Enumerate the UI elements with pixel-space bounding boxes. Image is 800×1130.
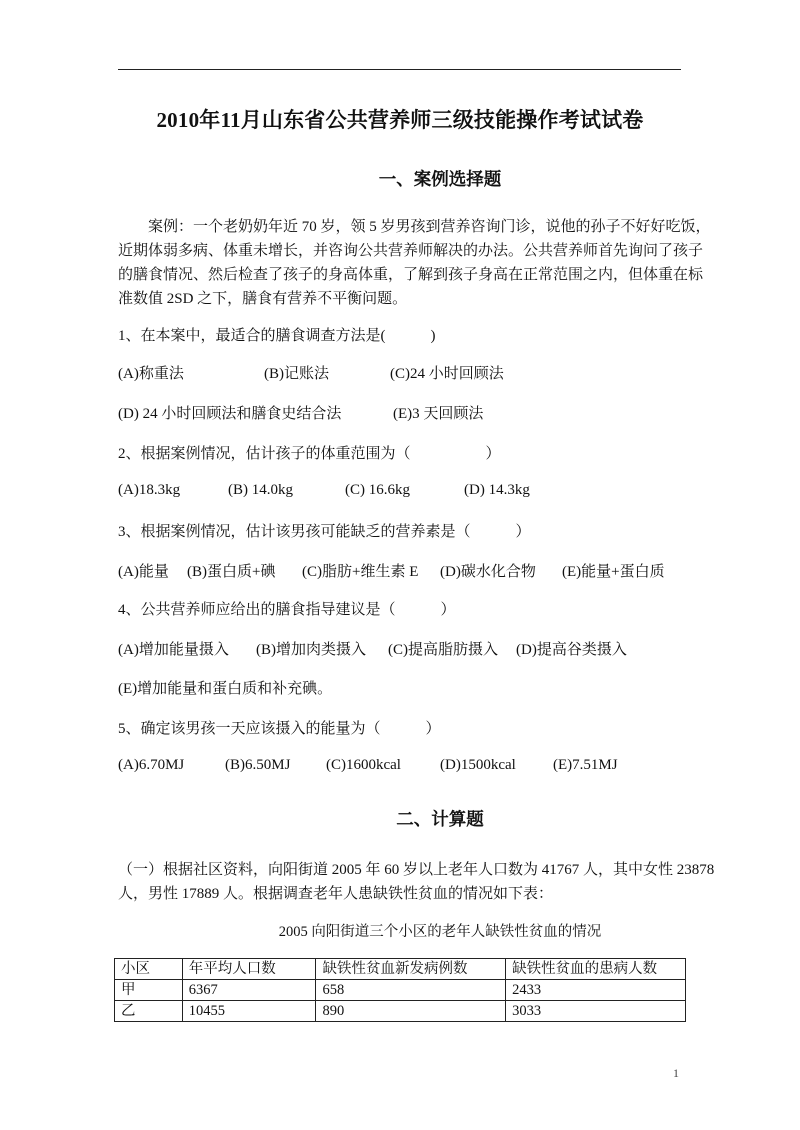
question-4: 4、公共营养师应给出的膳食指导建议是（ ）: [118, 598, 456, 619]
q3-option-c: (C)脂肪+维生素 E: [302, 560, 418, 581]
section1-heading: 一、案例选择题: [0, 166, 800, 191]
section2-heading: 二、计算题: [0, 806, 800, 831]
q5-option-a: (A)6.70MJ: [118, 757, 184, 774]
case-line: 近期体弱多病、体重未增长，并咨询公共营养师解决的办法。公共营养师首先询问了孩子: [118, 239, 703, 260]
table-cell: 3033: [506, 1001, 686, 1022]
question-2: 2、根据案例情况，估计孩子的体重范围为（ ）: [118, 442, 501, 463]
case-line: 案例：一个老奶奶年近 70 岁，领 5 岁男孩到营养咨询门诊，说他的孙子不好好吃…: [118, 215, 711, 236]
q4-option-d: (D)提高谷类摄入: [516, 638, 627, 659]
q2-option-b: (B) 14.0kg: [228, 482, 293, 499]
document-title: 2010年11月山东省公共营养师三级技能操作考试试卷: [0, 104, 800, 134]
q3-option-a: (A)能量: [118, 560, 169, 581]
intro-line: （一）根据社区资料，向阳街道 2005 年 60 岁以上老年人口数为 41767…: [118, 858, 714, 879]
q1-option-b: (B)记账法: [264, 362, 329, 383]
anemia-table: 小区 年平均人口数 缺铁性贫血新发病例数 缺铁性贫血的患病人数 甲 6367 6…: [114, 958, 686, 1022]
table-cell: 乙: [115, 1001, 183, 1022]
header-rule: [118, 69, 681, 70]
table-header-row: 小区 年平均人口数 缺铁性贫血新发病例数 缺铁性贫血的患病人数: [115, 959, 686, 980]
q1-option-e: (E)3 天回顾法: [393, 402, 483, 423]
q4-option-e: (E)增加能量和蛋白质和补充碘。: [118, 677, 332, 698]
case-line: 的膳食情况、然后检查了孩子的身高体重，了解到孩子身高在正常范围之内，但体重在标: [118, 263, 703, 284]
q2-option-a: (A)18.3kg: [118, 482, 180, 499]
q4-option-c: (C)提高脂肪摄入: [388, 638, 498, 659]
q1-option-a: (A)称重法: [118, 362, 184, 383]
page-number: 1: [673, 1066, 679, 1081]
q4-option-a: (A)增加能量摄入: [118, 638, 229, 659]
table-cell: 甲: [115, 980, 183, 1001]
header-cell: 年平均人口数: [182, 959, 316, 980]
header-cell: 缺铁性贫血的患病人数: [506, 959, 686, 980]
table-cell: 6367: [182, 980, 316, 1001]
header-cell: 缺铁性贫血新发病例数: [316, 959, 506, 980]
table-cell: 658: [316, 980, 506, 1001]
header-cell: 小区: [115, 959, 183, 980]
question-3: 3、根据案例情况，估计该男孩可能缺乏的营养素是（ ）: [118, 520, 531, 541]
question-1: 1、在本案中，最适合的膳食调查方法是( ): [118, 324, 436, 345]
q5-option-b: (B)6.50MJ: [225, 757, 290, 774]
table-row: 乙 10455 890 3033: [115, 1001, 686, 1022]
table-caption: 2005 向阳街道三个小区的老年人缺铁性贫血的情况: [0, 920, 800, 941]
q2-option-c: (C) 16.6kg: [345, 482, 410, 499]
intro-line: 人，男性 17889 人。根据调查老年人患缺铁性贫血的情况如下表：: [118, 882, 553, 903]
q5-option-c: (C)1600kcal: [326, 757, 401, 774]
q3-option-e: (E)能量+蛋白质: [562, 560, 665, 581]
q5-option-d: (D)1500kcal: [440, 757, 516, 774]
q3-option-d: (D)碳水化合物: [440, 560, 536, 581]
q1-option-d: (D) 24 小时回顾法和膳食史结合法: [118, 402, 341, 423]
q1-option-c: (C)24 小时回顾法: [390, 362, 504, 383]
q5-option-e: (E)7.51MJ: [553, 757, 618, 774]
table-cell: 10455: [182, 1001, 316, 1022]
question-5: 5、确定该男孩一天应该摄入的能量为（ ）: [118, 717, 441, 738]
q3-option-b: (B)蛋白质+碘: [187, 560, 275, 581]
q2-option-d: (D) 14.3kg: [464, 482, 530, 499]
document-page: 2010年11月山东省公共营养师三级技能操作考试试卷 一、案例选择题 案例：一个…: [0, 0, 800, 1130]
table-row: 甲 6367 658 2433: [115, 980, 686, 1001]
case-line: 准数值 2SD 之下，膳食有营养不平衡问题。: [118, 287, 407, 308]
q4-option-b: (B)增加肉类摄入: [256, 638, 366, 659]
table-cell: 2433: [506, 980, 686, 1001]
table-cell: 890: [316, 1001, 506, 1022]
